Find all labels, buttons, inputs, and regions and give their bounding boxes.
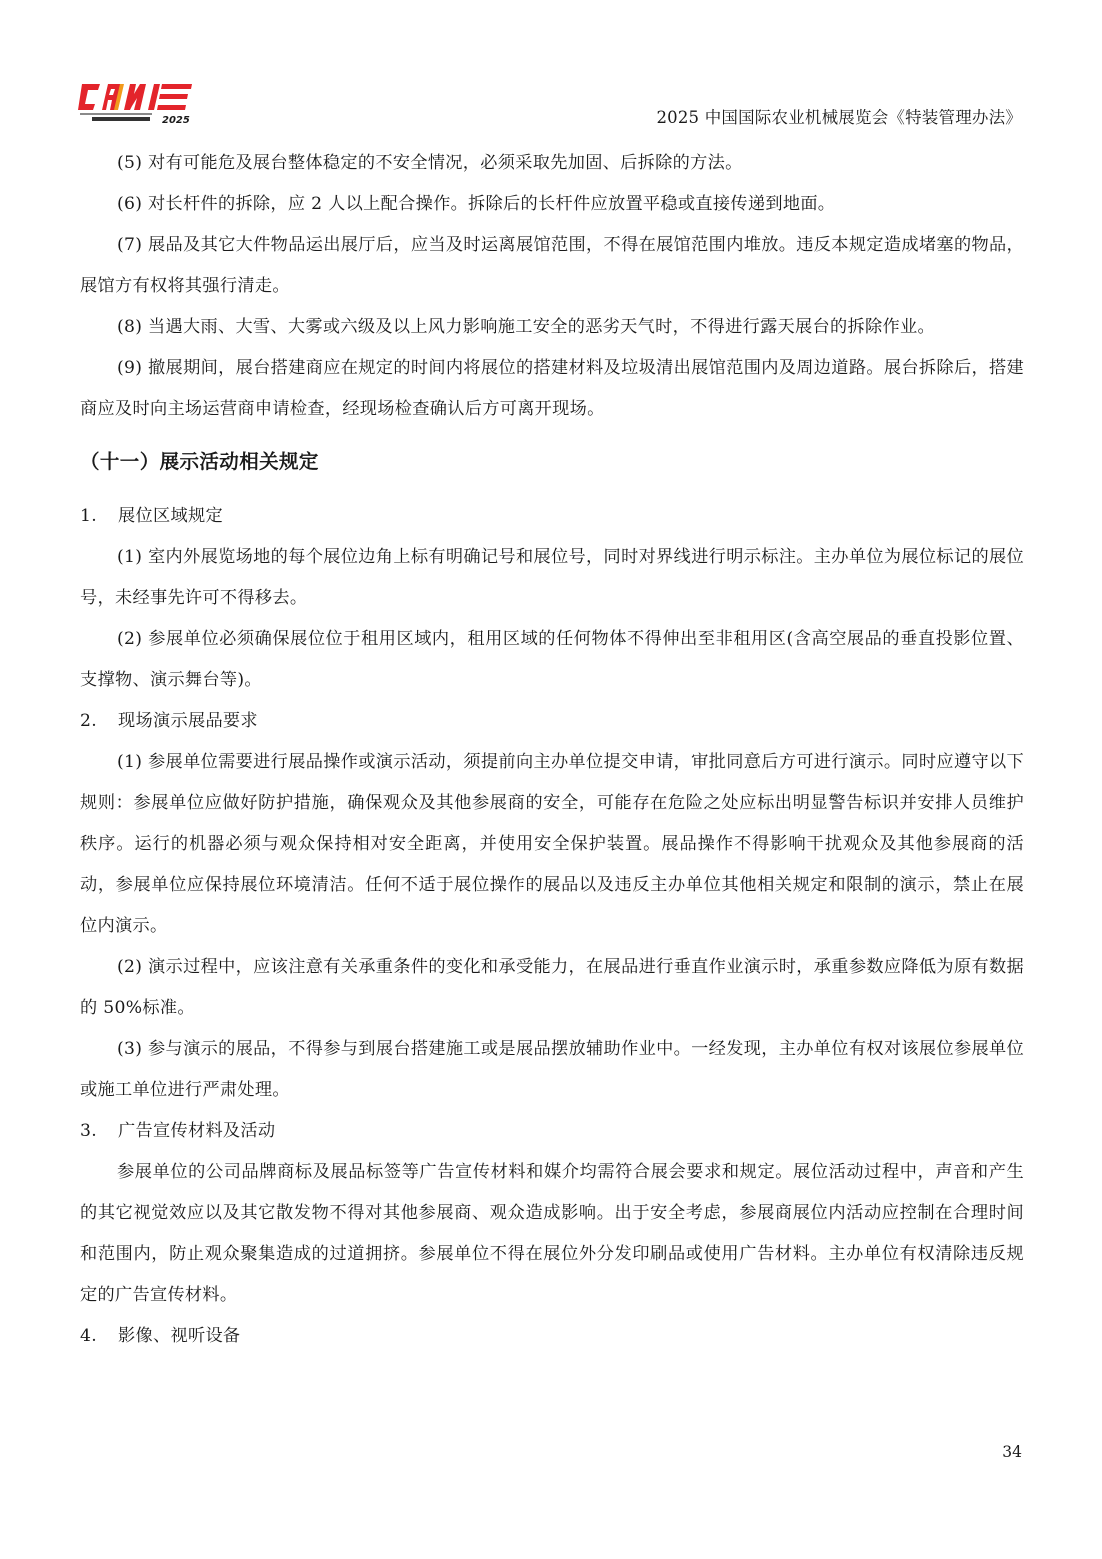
numbered-item-heading: 3. 广告宣传材料及活动 [80,1111,1024,1152]
numbered-item-heading: 4. 影像、视听设备 [80,1316,1024,1357]
paragraph: (1) 室内外展览场地的每个展位边角上标有明确记号和展位号，同时对界线进行明示标… [80,537,1024,619]
item-title: 广告宣传材料及活动 [118,1111,275,1152]
paragraph: (9) 撤展期间，展台搭建商应在规定的时间内将展位的搭建材料及垃圾清出展馆范围内… [80,348,1024,430]
svg-text:2025: 2025 [162,115,190,124]
item-title: 现场演示展品要求 [118,701,258,742]
document-header-title: 2025 中国国际农业机械展览会《特装管理办法》 [656,104,1022,128]
paragraph: (6) 对长杆件的拆除，应 2 人以上配合操作。拆除后的长杆件应放置平稳或直接传… [80,184,1024,225]
item-title: 影像、视听设备 [118,1316,240,1357]
item-number: 3. [80,1111,118,1152]
paragraph: (2) 参展单位必须确保展位位于租用区域内，租用区域的任何物体不得伸出至非租用区… [80,619,1024,701]
paragraph: 参展单位的公司品牌商标及展品标签等广告宣传材料和媒介均需符合展会要求和规定。展位… [80,1152,1024,1316]
paragraph: (5) 对有可能危及展台整体稳定的不安全情况，必须采取先加固、后拆除的方法。 [80,143,1024,184]
camie-logo-icon: 2025 [78,80,194,124]
camie-logo: 2025 [78,80,194,124]
item-number: 1. [80,496,118,537]
item-number: 4. [80,1316,118,1357]
paragraph: (2) 演示过程中，应该注意有关承重条件的变化和承受能力，在展品进行垂直作业演示… [80,947,1024,1029]
item-title: 展位区域规定 [118,496,223,537]
numbered-item-heading: 2. 现场演示展品要求 [80,701,1024,742]
paragraph: (3) 参与演示的展品，不得参与到展台搭建施工或是展品摆放辅助作业中。一经发现，… [80,1029,1024,1111]
section-heading: （十一）展示活动相关规定 [80,430,1024,496]
numbered-item-heading: 1. 展位区域规定 [80,496,1024,537]
page-number: 34 [1002,1443,1022,1461]
paragraph: (7) 展品及其它大件物品运出展厅后，应当及时运离展馆范围，不得在展馆范围内堆放… [80,225,1024,307]
document-body: (5) 对有可能危及展台整体稳定的不安全情况，必须采取先加固、后拆除的方法。 (… [80,143,1024,1357]
paragraph: (8) 当遇大雨、大雪、大雾或六级及以上风力影响施工安全的恶劣天气时，不得进行露… [80,307,1024,348]
paragraph: (1) 参展单位需要进行展品操作或演示活动，须提前向主办单位提交申请，审批同意后… [80,742,1024,947]
item-number: 2. [80,701,118,742]
